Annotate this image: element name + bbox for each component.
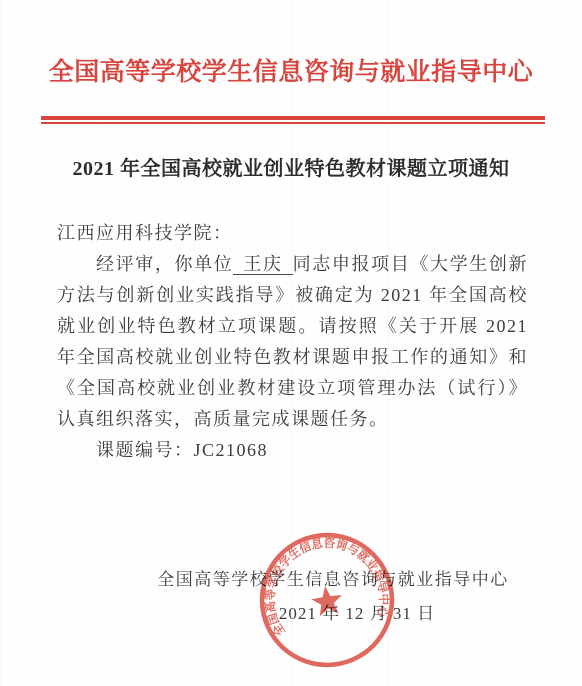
salutation: 江西应用科技学院： bbox=[57, 218, 528, 249]
notice-title: 2021 年全国高校就业创业特色教材课题立项通知 bbox=[0, 152, 582, 181]
letterhead-title: 全国高等学校学生信息咨询与就业指导中心 bbox=[0, 52, 582, 88]
project-number-label: 课题编号： bbox=[96, 440, 194, 460]
signature-org: 全国高等学校学生信息咨询与就业指导中心 bbox=[84, 568, 582, 592]
letterhead-double-rule bbox=[41, 116, 545, 124]
signature-date: 2021 年 12 月 31 日 bbox=[108, 602, 582, 626]
body-paragraph: 经评审，你单位王庆同志申报项目《大学生创新方法与创新创业实践指导》被确定为 20… bbox=[57, 249, 528, 435]
project-number-line: 课题编号：JC21068 bbox=[57, 435, 528, 466]
awardee-name: 王庆 bbox=[233, 254, 292, 275]
document-page: 全国高等学校学生信息咨询与就业指导中心 2021 年全国高校就业创业特色教材课题… bbox=[0, 0, 582, 686]
signature-block: 全国高等学校学生信息咨询与就业指导中心 2021 年 12 月 31 日 bbox=[0, 568, 582, 626]
notice-body: 江西应用科技学院： 经评审，你单位王庆同志申报项目《大学生创新方法与创新创业实践… bbox=[57, 218, 528, 466]
body-text-after-name: 同志申报项目《大学生创新方法与创新创业实践指导》被确定为 2021 年全国高校就… bbox=[57, 254, 528, 429]
body-text-before-name: 经评审，你单位 bbox=[96, 254, 233, 274]
project-number-value: JC21068 bbox=[194, 440, 269, 460]
